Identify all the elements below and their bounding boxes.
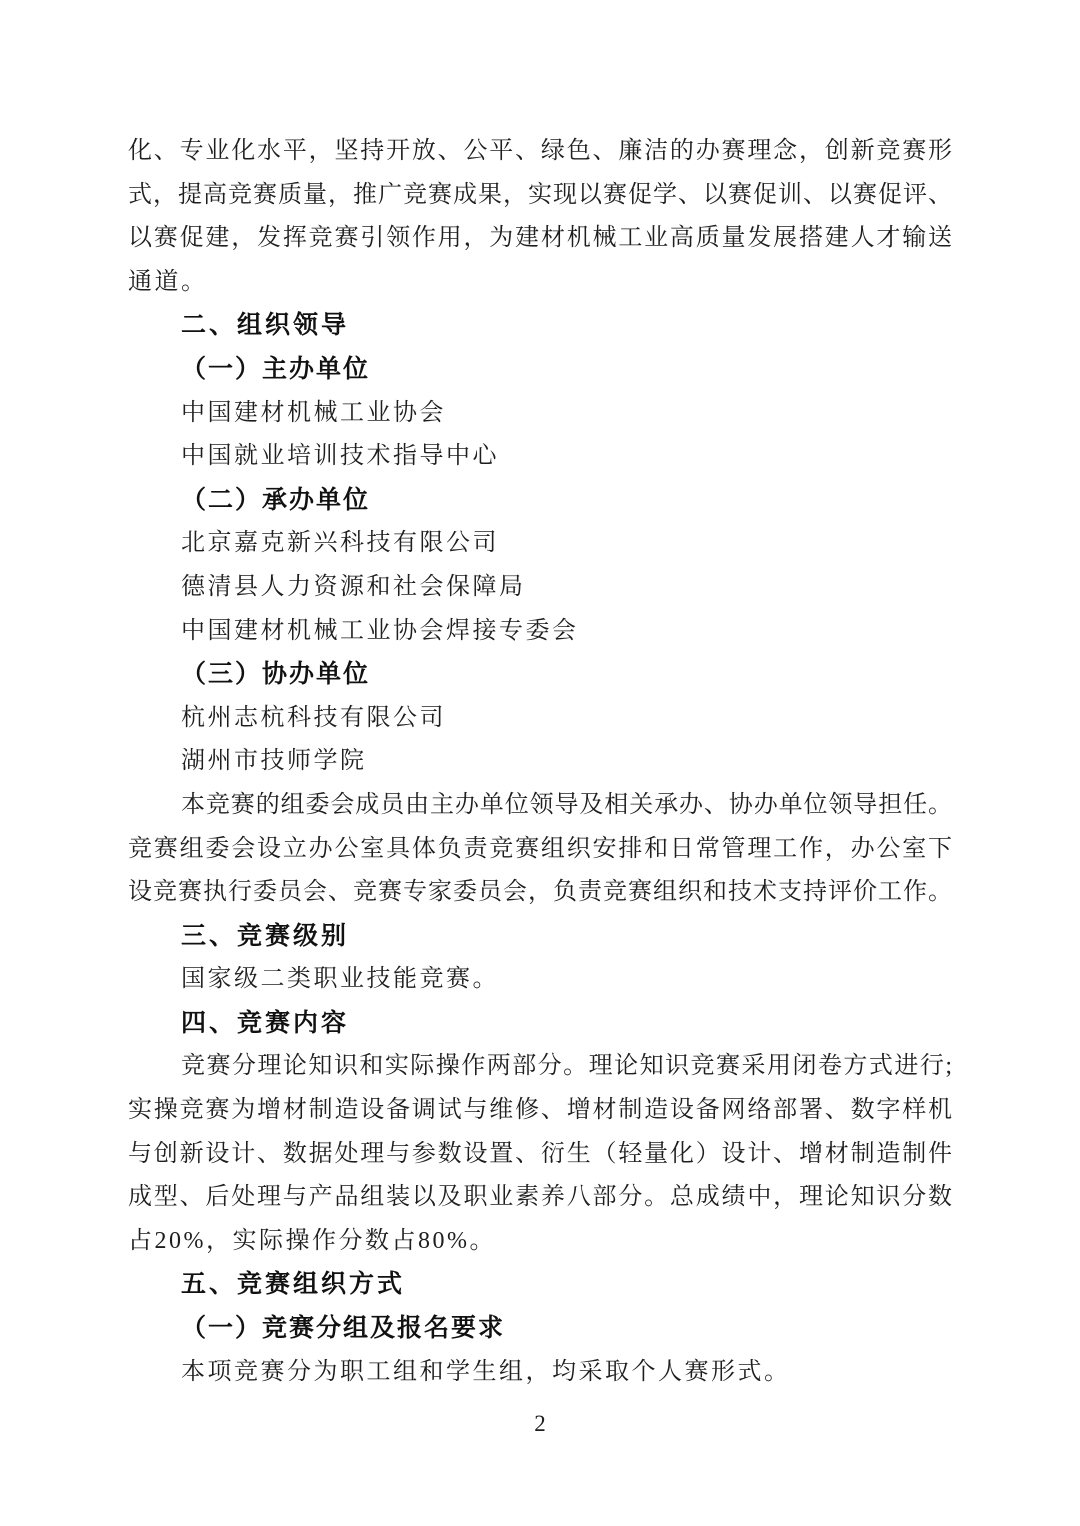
paragraph-line: 本竞赛的组委会成员由主办单位领导及相关承办、协办单位领导担任。: [128, 784, 952, 828]
paragraph-line: 以赛促建，发挥竞赛引领作用，为建材机械工业高质量发展搭建人才输送: [128, 217, 952, 261]
paragraph-line: 成型、后处理与产品组装以及职业素养八部分。总成绩中，理论知识分数: [128, 1176, 952, 1220]
organization-line: 中国就业培训技术指导中心: [128, 435, 952, 479]
subsection-heading-organizers: （二）承办单位: [128, 479, 952, 523]
paragraph-line: 竞赛组委会设立办公室具体负责竞赛组织安排和日常管理工作，办公室下: [128, 828, 952, 872]
subsection-heading-hosts: （一）主办单位: [128, 348, 952, 392]
section-heading-2: 二、组织领导: [128, 304, 952, 348]
organization-line: 北京嘉克新兴科技有限公司: [128, 522, 952, 566]
paragraph-line: 化、专业化水平，坚持开放、公平、绿色、廉洁的办赛理念，创新竞赛形: [128, 130, 952, 174]
section-heading-4: 四、竞赛内容: [128, 1002, 952, 1046]
section-heading-5: 五、竞赛组织方式: [128, 1263, 952, 1307]
document-page: 化、专业化水平，坚持开放、公平、绿色、廉洁的办赛理念，创新竞赛形 式，提高竞赛质…: [0, 0, 1080, 1526]
paragraph-line: 通道。: [128, 261, 952, 305]
organization-line: 中国建材机械工业协会焊接专委会: [128, 610, 952, 654]
paragraph-line: 占20%，实际操作分数占80%。: [128, 1220, 952, 1264]
paragraph-line: 设竞赛执行委员会、竞赛专家委员会，负责竞赛组织和技术支持评价工作。: [128, 871, 952, 915]
paragraph-line: 国家级二类职业技能竞赛。: [128, 958, 952, 1002]
section-heading-3: 三、竞赛级别: [128, 915, 952, 959]
page-number: 2: [0, 1410, 1080, 1438]
paragraph-line: 实操竞赛为增材制造设备调试与维修、增材制造设备网络部署、数字样机: [128, 1089, 952, 1133]
subsection-heading-coorganizers: （三）协办单位: [128, 653, 952, 697]
paragraph-line: 本项竞赛分为职工组和学生组，均采取个人赛形式。: [128, 1351, 952, 1395]
organization-line: 湖州市技师学院: [128, 740, 952, 784]
organization-line: 德清县人力资源和社会保障局: [128, 566, 952, 610]
organization-line: 中国建材机械工业协会: [128, 392, 952, 436]
paragraph-line: 式，提高竞赛质量，推广竞赛成果，实现以赛促学、以赛促训、以赛促评、: [128, 174, 952, 218]
organization-line: 杭州志杭科技有限公司: [128, 697, 952, 741]
paragraph-line: 竞赛分理论知识和实际操作两部分。理论知识竞赛采用闭卷方式进行;: [128, 1045, 952, 1089]
paragraph-line: 与创新设计、数据处理与参数设置、衍生（轻量化）设计、增材制造制件: [128, 1133, 952, 1177]
subsection-heading-grouping: （一）竞赛分组及报名要求: [128, 1307, 952, 1351]
document-body: 化、专业化水平，坚持开放、公平、绿色、廉洁的办赛理念，创新竞赛形 式，提高竞赛质…: [128, 130, 952, 1394]
